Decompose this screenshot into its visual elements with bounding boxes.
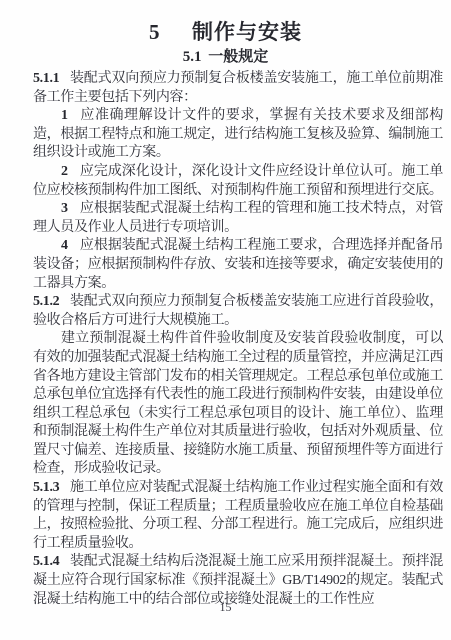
chapter-title-text: 制作与安装 [192,20,302,44]
numbered-item-3: 3应根据装配式混凝土结构工程的管理和施工技术特点，对管理人员及作业人员进行专项培… [33,200,443,237]
document-page: 5制作与安装 5.1一般规定 5.1.1装配式双向预应力预制复合板楼盖安装施工，… [0,0,451,640]
item-text: 应完成深化设计，深化设计文件应经设计单位认可。施工单位应校核预制构件加工图纸、对… [33,164,443,198]
chapter-title: 5制作与安装 [0,0,451,46]
clause-text: 装配式混凝土结构后浇混凝土施工应采用预拌混凝土。预拌混凝土应符合现行国家标准《预… [33,554,443,606]
page-number: 15 [0,600,451,615]
clause-text: 装配式双向预应力预制复合板楼盖安装施工应进行首段验收，验收合格后方可进行大规模施… [33,294,443,328]
item-text: 应根据装配式混凝土结构工程的管理和施工技术特点，对管理人员及作业人员进行专项培训… [33,201,443,235]
document-body: 5.1.1装配式双向预应力预制复合板楼盖安装施工，施工单位前期准备工作主要包括下… [0,70,451,609]
numbered-item-1: 1应准确理解设计文件的要求，掌握有关技术要求及细部构造，根据工程特点和施工规定，… [33,107,443,163]
numbered-item-2: 2应完成深化设计，深化设计文件应经设计单位认可。施工单位应校核预制构件加工图纸、… [33,163,443,200]
item-text: 应准确理解设计文件的要求，掌握有关技术要求及细部构造，根据工程特点和施工规定，进… [33,108,443,160]
item-text: 应根据装配式混凝土结构工程施工要求，合理选择并配备吊装设备；应根据预制构件存放、… [33,238,443,290]
clause-5-1-2: 5.1.2装配式双向预应力预制复合板楼盖安装施工应进行首段验收，验收合格后方可进… [33,293,443,330]
clause-text: 施工单位应对装配式混凝土结构施工作业过程实施全面和有效的管理与控制，保证工程质量… [33,480,443,551]
commentary-paragraph: 建立预制混凝土构件首件验收制度及安装首段验收制度，可以有效的加强装配式混凝土结构… [33,330,443,479]
commentary-text: 建立预制混凝土构件首件验收制度及安装首段验收制度，可以有效的加强装配式混凝土结构… [33,331,443,476]
clause-number: 5.1.3 [33,480,59,495]
numbered-item-4: 4应根据装配式混凝土结构工程施工要求，合理选择并配备吊装设备；应根据预制构件存放… [33,237,443,293]
item-number: 2 [61,164,68,179]
item-number: 1 [61,108,68,123]
item-number: 4 [61,238,68,253]
section-title-text: 一般规定 [208,49,268,65]
clause-5-1-3: 5.1.3施工单位应对装配式混凝土结构施工作业过程实施全面和有效的管理与控制，保… [33,479,443,553]
item-number: 3 [61,201,68,216]
clause-number: 5.1.4 [33,554,59,569]
chapter-number: 5 [149,20,161,44]
clause-number: 5.1.2 [33,294,59,309]
clause-text: 装配式双向预应力预制复合板楼盖安装施工，施工单位前期准备工作主要包括下列内容： [33,71,443,105]
section-number: 5.1 [183,49,202,65]
clause-5-1-1: 5.1.1装配式双向预应力预制复合板楼盖安装施工，施工单位前期准备工作主要包括下… [33,70,443,107]
clause-number: 5.1.1 [33,71,59,86]
section-title: 5.1一般规定 [0,48,451,67]
